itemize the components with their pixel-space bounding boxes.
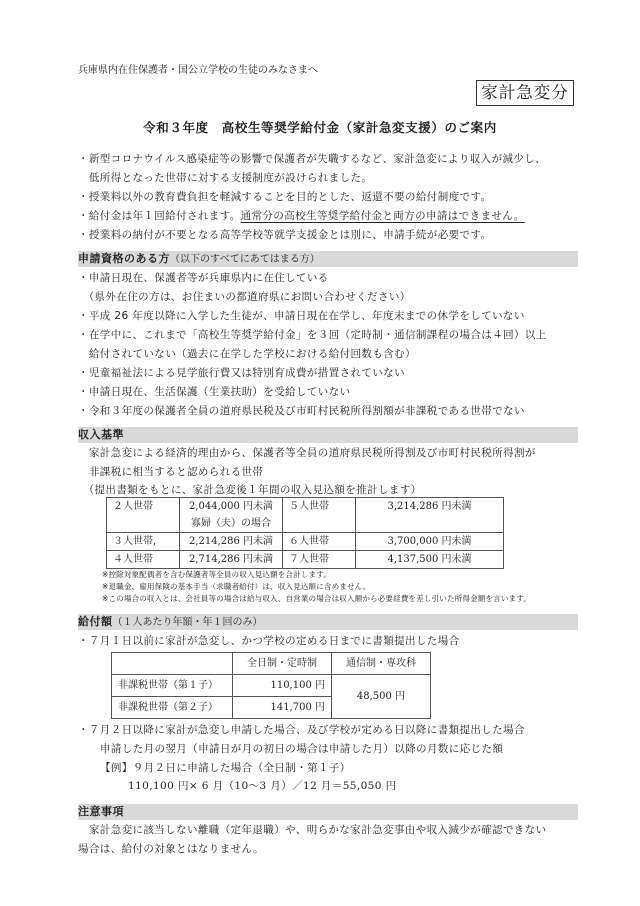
amount-value: 48,500 円 <box>332 675 431 719</box>
income-limit: 2,714,286 円未満 <box>180 551 283 569</box>
section-title: 注意事項 <box>78 805 124 818</box>
column-header: 全日制・定時制 <box>233 653 332 675</box>
household-size: ３人世帯, <box>107 533 180 551</box>
intro-underlined-note: 通常分の高校生等奨学給付金と両方の申請はできません。 <box>241 210 525 222</box>
household-size: ４人世帯 <box>107 551 180 569</box>
empty-header-cell <box>112 653 233 675</box>
income-threshold-table: ２人世帯 2,044,000 円未満 寡婦（夫）の場合 ５人世帯 3,214,2… <box>106 497 504 569</box>
income-limit: 4,137,500 円未満 <box>356 551 504 569</box>
example-calculation: 110,100 円× 6 月（10～3 月）／12 月＝55,050 円 <box>128 777 396 795</box>
column-header: 通信制・専攻科 <box>332 653 431 675</box>
section-header-amount: 給付額（１人あたり年額・年１回のみ） <box>78 614 578 630</box>
eligibility-item: ・申請日現在、保護者等が兵庫県内に在住している <box>78 269 329 287</box>
intro-line: ・授業料の納付が不要となる高等学校等就学支援金とは別に、申請手続が必要です。 <box>78 226 491 244</box>
row-label: 非課税世帯（第２子） <box>112 697 233 719</box>
amount-value: 141,700 円 <box>233 697 332 719</box>
intro-line: ・授業料以外の教育費負担を軽減することを目的とした、返還不要の給付制度です。 <box>78 188 491 206</box>
household-size: ６人世帯 <box>283 533 356 551</box>
intro-line: ・新型コロナウイルス感染症等の影響で保護者が失職するなど、家計急変により収入が減… <box>78 150 546 168</box>
intro-line: ・給付金は年１回給付されます。通常分の高校生等奨学給付金と両方の申請はできません… <box>78 207 525 225</box>
section-subtitle: （１人あたり年額・年１回のみ） <box>113 617 263 628</box>
addressee: 兵庫県内在住保護者・国公立学校の生徒のみなさまへ <box>78 61 318 76</box>
footnote: ※退職金、雇用保険の基本手当（求職者給付）は、収入見込額に含めません。 <box>102 581 371 593</box>
benefit-amount-table: 全日制・定時制 通信制・専攻科 非課税世帯（第１子） 110,100 円 48,… <box>111 652 431 719</box>
section-title: 収入基準 <box>78 428 124 441</box>
section-header-caution: 注意事項 <box>78 804 578 820</box>
section-title: 給付額 <box>78 615 113 628</box>
category-badge: 家計急変分 <box>476 80 574 106</box>
eligibility-item: ・申請日現在、生活保護（生業扶助）を受給していない <box>78 383 351 401</box>
amount-case-2-detail: 申請した月の翌月（申請日が月の初日の場合は申請した月）以降の月数に応じた額 <box>100 740 503 758</box>
section-title: 申請資格のある方 <box>78 252 170 265</box>
eligibility-item: 給付されていない（過去に在学した学校における給付回数も含む） <box>78 345 416 363</box>
caution-line: 場合は、給付の対象とはなりません。 <box>78 840 264 858</box>
income-limit: 3,700,000 円未満 <box>356 533 504 551</box>
footnote: ※この場合の収入とは、会社員等の場合は給与収入、自営業の場合は収入額から必要経費… <box>102 593 531 605</box>
income-limit: 2,214,286 円未満 <box>180 533 283 551</box>
intro-text: ・給付金は年１回給付されます。 <box>78 210 241 222</box>
household-size: ２人世帯 <box>107 498 180 533</box>
income-limit: 3,214,286 円未満 <box>356 498 504 533</box>
caution-line: 家計急変に該当しない離職（定年退職）や、明らかな家計急変事由や収入減少が確認でき… <box>78 821 547 839</box>
footnote: ※控除対象配偶者を含む保護者等全員の収入見込額を合計します。 <box>102 569 331 581</box>
household-size: ７人世帯 <box>283 551 356 569</box>
table-row: ３人世帯, 2,214,286 円未満 ６人世帯 3,700,000 円未満 <box>107 533 504 551</box>
eligibility-item: ・児童福祉法による見学旅行費又は特別育成費が措置されていない <box>78 364 405 382</box>
amount-value: 110,100 円 <box>233 675 332 697</box>
income-line: 家計急変による経済的理由から、保護者等全員の道府県民税所得割及び市町村民税所得割… <box>78 444 536 462</box>
section-header-eligibility: 申請資格のある方（以下のすべてにあてはまる方） <box>78 251 578 267</box>
income-limit-note: 寡婦（夫）の場合 <box>186 515 276 532</box>
eligibility-item: ・平成 26 年度以降に入学した生徒が、申請日現在在学し、年度末までの休学をして… <box>78 307 525 325</box>
eligibility-item: ・令和３年度の保護者全員の道府県民税及び市町村民税所得割額が非課税である世帯でな… <box>78 402 525 420</box>
section-subtitle: （以下のすべてにあてはまる方） <box>170 254 320 265</box>
income-limit-value: 2,044,000 円未満 <box>186 498 276 515</box>
section-header-income: 収入基準 <box>78 427 578 443</box>
amount-case-1: ・７月１日以前に家計が急変し、かつ学校の定める日までに書類提出した場合 <box>78 632 460 650</box>
amount-case-2: ・７月２日以降に家計が急変し申請した場合、及び学校が定める日以降に書類提出した場… <box>78 721 525 739</box>
eligibility-item: ・在学中に、これまで「高校生等奨学給付金」を３回（定時制・通信制課程の場合は４回… <box>78 326 547 344</box>
household-size: ５人世帯 <box>283 498 356 533</box>
row-label: 非課税世帯（第１子） <box>112 675 233 697</box>
eligibility-item: （県外在住の方は、お住まいの都道府県にお問い合わせください） <box>78 288 411 306</box>
table-row: 非課税世帯（第１子） 110,100 円 48,500 円 <box>112 675 431 697</box>
income-line: 非課税に相当すると認められる世帯 <box>78 463 263 481</box>
income-limit: 2,044,000 円未満 寡婦（夫）の場合 <box>180 498 283 533</box>
page-title: 令和３年度 高校生等奨学給付金（家計急変支援）のご案内 <box>0 118 640 136</box>
intro-line: 低所得となった世帯に対する支援制度が設けられました。 <box>78 169 372 187</box>
table-row: ２人世帯 2,044,000 円未満 寡婦（夫）の場合 ５人世帯 3,214,2… <box>107 498 504 533</box>
table-row: ４人世帯 2,714,286 円未満 ７人世帯 4,137,500 円未満 <box>107 551 504 569</box>
table-row: 全日制・定時制 通信制・専攻科 <box>112 653 431 675</box>
example-label: 【例】９月２日に申請した場合（全日制・第１子） <box>100 759 351 777</box>
